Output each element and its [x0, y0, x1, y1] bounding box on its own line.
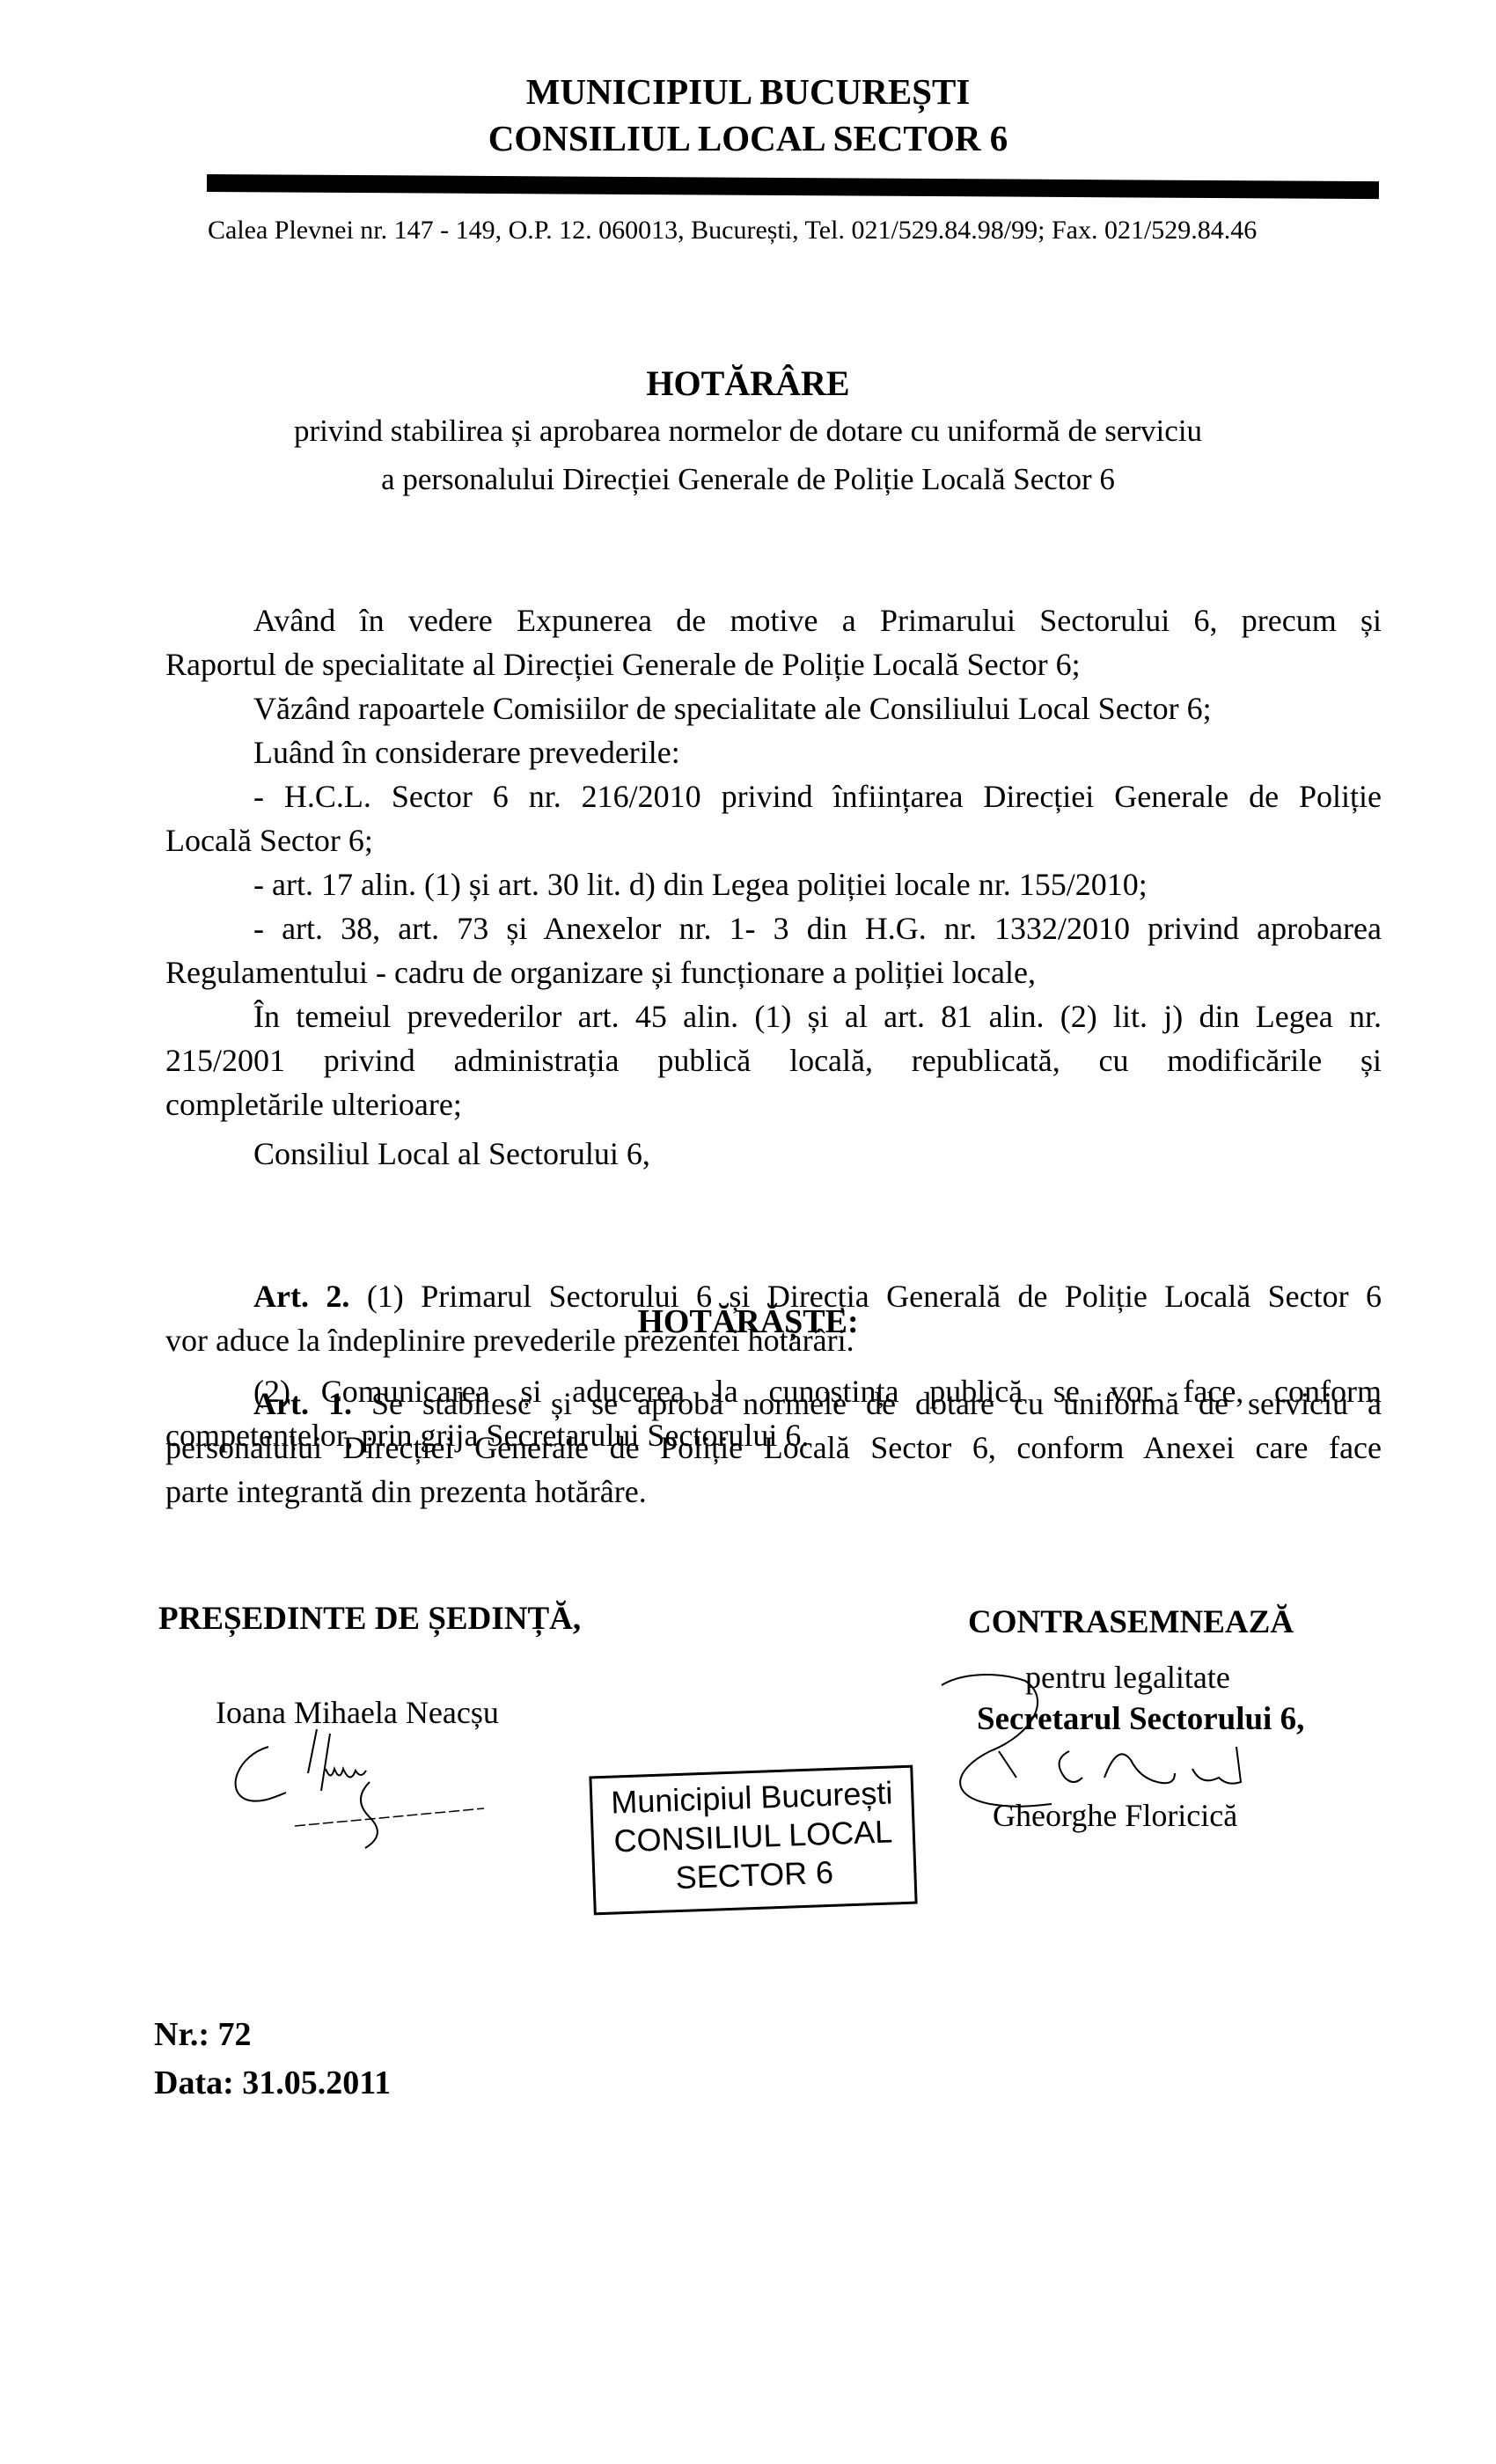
article-1-text: parte integrantă din prezenta hotărâre.: [165, 1470, 1382, 1514]
header-address: Calea Plevnei nr. 147 - 149, O.P. 12. 06…: [208, 216, 1378, 246]
preamble-line: Văzând rapoartele Comisiilor de speciali…: [165, 686, 1382, 730]
chairperson-title: PREȘEDINTE DE ȘEDINȚĂ,: [158, 1600, 581, 1638]
decision-number: Nr.: 72: [154, 2015, 251, 2054]
decision-date: Data: 31.05.2011: [154, 2064, 391, 2102]
preamble-line: Consiliul Local al Sectorului 6,: [165, 1132, 1382, 1176]
council-stamp: Municipiul București CONSILIUL LOCAL SEC…: [589, 1765, 917, 1916]
article-2-text: (2) Comunicarea și aducerea la cunoștinț…: [165, 1369, 1382, 1413]
article-2-text: vor aduce la îndeplinire prevederile pre…: [165, 1318, 1382, 1362]
preamble-line: Având în vedere Expunerea de motive a Pr…: [165, 598, 1382, 642]
preamble-line: - art. 38, art. 73 și Anexelor nr. 1- 3 …: [165, 906, 1382, 950]
article-2-text: (1) Primarul Sectorului 6 și Direcția Ge…: [367, 1279, 1382, 1314]
chairperson-signature-icon: [220, 1729, 510, 1852]
preamble-line: - art. 17 alin. (1) și art. 30 lit. d) d…: [165, 862, 1382, 906]
article-2: Art. 2. (1) Primarul Sectorului 6 și Dir…: [165, 1274, 1382, 1457]
header-divider: [207, 174, 1379, 199]
secretary-signature-icon: [937, 1663, 1289, 1813]
document-title: HOTĂRÂRE: [0, 363, 1496, 404]
preamble: Având în vedere Expunerea de motive a Pr…: [165, 598, 1382, 1176]
preamble-line: - H.C.L. Sector 6 nr. 216/2010 privind î…: [165, 774, 1382, 818]
header-municipality: MUNICIPIUL BUCUREȘTI: [0, 70, 1496, 113]
preamble-line: completările ulterioare;: [165, 1082, 1382, 1126]
article-2-text: competențelor, prin grija Secretarului S…: [165, 1413, 1382, 1457]
countersign-title: CONTRASEMNEAZĂ: [968, 1603, 1294, 1641]
preamble-line: Locală Sector 6;: [165, 818, 1382, 862]
chairperson-name: Ioana Mihaela Neacșu: [216, 1694, 499, 1731]
preamble-line: În temeiul prevederilor art. 45 alin. (1…: [165, 994, 1382, 1038]
article-2-label: Art. 2.: [253, 1279, 349, 1314]
document-subtitle-line2: a personalului Direcției Generale de Pol…: [0, 462, 1496, 497]
document-subtitle-line1: privind stabilirea și aprobarea normelor…: [0, 414, 1496, 449]
header-council: CONSILIUL LOCAL SECTOR 6: [0, 117, 1496, 159]
preamble-line: Regulamentului - cadru de organizare și …: [165, 950, 1382, 994]
preamble-line: Luând în considerare prevederile:: [165, 730, 1382, 774]
preamble-line: Raportul de specialitate al Direcției Ge…: [165, 642, 1382, 686]
preamble-line: 215/2001 privind administrația publică l…: [165, 1038, 1382, 1082]
